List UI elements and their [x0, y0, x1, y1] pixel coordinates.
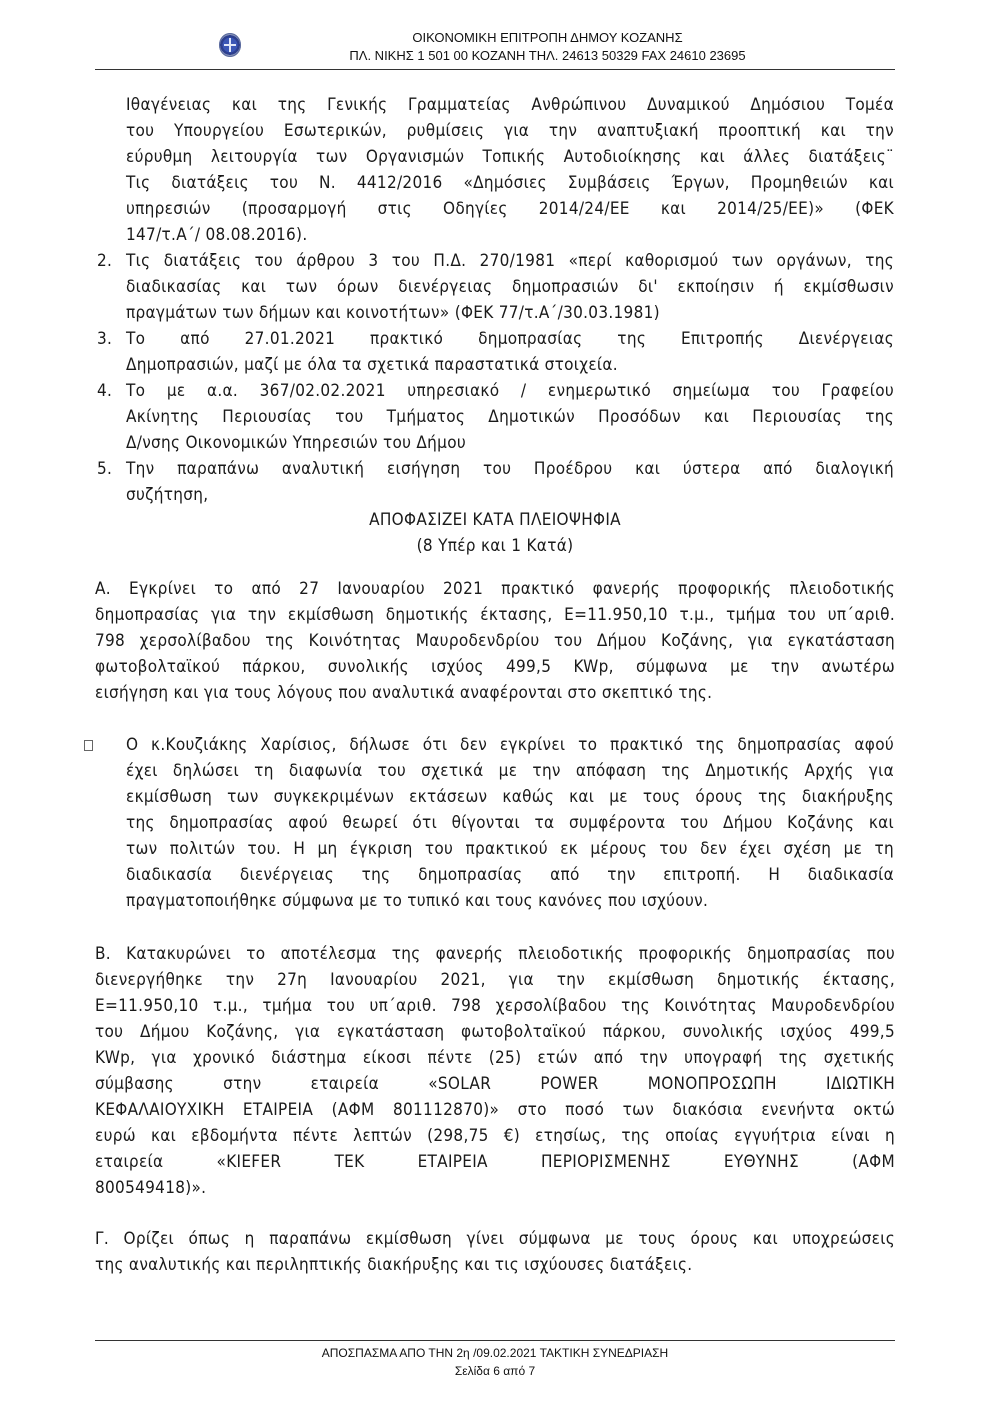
- paragraph-a-line: δημοπρασίας για την εκμίσθωση δημοτικής …: [95, 602, 895, 628]
- intro-line: υπηρεσιών (προσαρμογή στις Οδηγίες 2014/…: [126, 196, 894, 222]
- vote-count: (8 Υπέρ και 1 Κατά): [95, 533, 895, 559]
- dissent-line: εκμίσθωση των συγκεκριμένων εκτάσεων καθ…: [126, 784, 894, 810]
- dissent-line: διαδικασία διενέργειας της δημοπρασίας α…: [126, 862, 894, 888]
- paragraph-b-line: Β. Κατακυρώνει το αποτέλεσμα της φανερής…: [95, 941, 895, 967]
- decision-title: ΑΠΟΦΑΣΙΖΕΙ ΚΑΤΑ ΠΛΕΙΟΨΗΦΙΑ: [95, 507, 895, 533]
- footer-divider: [95, 1340, 895, 1341]
- list-item-line: Το με α.α. 367/02.02.2021 υπηρεσιακό / ε…: [126, 378, 894, 404]
- dissent-line: Ο κ.Κουζιάκης Χαρίσιος, δήλωσε ότι δεν ε…: [126, 732, 894, 758]
- paragraph-b-line: Ε=11.950,10 τ.μ., τμήμα του υπ΄αριθ. 798…: [95, 993, 895, 1019]
- paragraph-a-line: 798 χερσολίβαδου της Κοινότητας Μαυροδεν…: [95, 628, 895, 654]
- intro-line: εύρυθμη λειτουργία των Οργανισμών Τοπική…: [126, 144, 894, 170]
- letterhead-title: ΟΙΚΟΝΟΜΙΚΗ ΕΠΙΤΡΟΠΗ ΔΗΜΟΥ ΚΟΖΑΝΗΣ: [95, 30, 895, 45]
- paragraph-b-line: του Δήμου Κοζάνης, για εγκατάσταση φωτοβ…: [95, 1019, 895, 1045]
- list-item-line: Δημοπρασιών, μαζί με όλα τα σχετικά παρα…: [126, 352, 894, 378]
- paragraph-b-line: KWp, για χρονικό διάστημα είκοσι πέντε (…: [95, 1045, 895, 1071]
- paragraph-b-line: 800549418)».: [95, 1175, 895, 1201]
- intro-line: Τις διατάξεις του Ν. 4412/2016 «Δημόσιες…: [126, 170, 894, 196]
- intro-line: 147/τ.Α΄/ 08.08.2016).: [126, 222, 894, 248]
- list-item-line: Τις διατάξεις του άρθρου 3 του Π.Δ. 270/…: [126, 248, 894, 274]
- list-item-line: συζήτηση,: [126, 482, 894, 508]
- list-number: 3.: [97, 326, 125, 352]
- page-number: Σελίδα 6 από 7: [95, 1364, 895, 1378]
- list-item-line: Ακίνητης Περιουσίας του Τμήματος Δημοτικ…: [126, 404, 894, 430]
- list-item-line: Το από 27.01.2021 πρακτικό δημοπρασίας τ…: [126, 326, 894, 352]
- dissent-line: πραγματοποιήθηκε σύμφωνα με το τυπικό κα…: [126, 888, 894, 914]
- paragraph-b-line: σύμβασης στην εταιρεία «SOLAR POWER ΜΟΝΟ…: [95, 1071, 895, 1097]
- list-item-line: Την παραπάνω αναλυτική εισήγηση του Προέ…: [126, 456, 894, 482]
- list-number: 2.: [97, 248, 125, 274]
- letterhead-address: ΠΛ. ΝΙΚΗΣ 1 501 00 ΚΟΖΑΝΗ ΤΗΛ. 24613 503…: [95, 48, 895, 63]
- list-item-line: Δ/νσης Οικονομικών Υπηρεσιών του Δήμου: [126, 430, 894, 456]
- paragraph-a-line: εισήγηση και για τους λόγους που αναλυτι…: [95, 680, 895, 706]
- empty-box-bullet-icon: [84, 740, 93, 751]
- paragraph-g-line: Γ. Ορίζει όπως η παραπάνω εκμίσθωση γίνε…: [95, 1226, 895, 1252]
- paragraph-b-line: εταιρεία «KIEFER ΤΕΚ ΕΤΑΙΡΕΙΑ ΠΕΡΙΟΡΙΣΜΕ…: [95, 1149, 895, 1175]
- list-number: 4.: [97, 378, 125, 404]
- list-item-line: πραγμάτων των δήμων και κοινοτήτων» (ΦΕΚ…: [126, 300, 894, 326]
- footer-title: ΑΠΟΣΠΑΣΜΑ ΑΠΟ ΤΗΝ 2η /09.02.2021 ΤΑΚΤΙΚΗ…: [95, 1346, 895, 1360]
- dissent-line: των πολιτών του. Η μη έγκριση του πρακτι…: [126, 836, 894, 862]
- paragraph-b-line: ΚΕΦΑΛΑΙΟΥΧΙΚΗ ΕΤΑΙΡΕΙΑ (ΑΦΜ 801112870)» …: [95, 1097, 895, 1123]
- document-page: ΟΙΚΟΝΟΜΙΚΗ ΕΠΙΤΡΟΠΗ ΔΗΜΟΥ ΚΟΖΑΝΗΣ ΠΛ. ΝΙ…: [0, 0, 1000, 1415]
- intro-line: Ιθαγένειας και της Γενικής Γραμματείας Α…: [126, 92, 894, 118]
- list-number: 5.: [97, 456, 125, 482]
- header-divider: [95, 69, 895, 70]
- paragraph-g-line: της αναλυτικής και περιληπτικής διακήρυξ…: [95, 1252, 895, 1278]
- paragraph-a-line: Α. Εγκρίνει το από 27 Ιανουαρίου 2021 πρ…: [95, 576, 895, 602]
- dissent-line: έχει δηλώσει τη διαφωνία του σχετικά με …: [126, 758, 894, 784]
- intro-line: του Υπουργείου Εσωτερικών, ρυθμίσεις για…: [126, 118, 894, 144]
- paragraph-a-line: φωτοβολταϊκού πάρκου, συνολικής ισχύος 4…: [95, 654, 895, 680]
- paragraph-b-line: ευρώ και εβδομήντα πέντε λεπτών (298,75 …: [95, 1123, 895, 1149]
- paragraph-b-line: διενεργήθηκε την 27η Ιανουαρίου 2021, γι…: [95, 967, 895, 993]
- letterhead: ΟΙΚΟΝΟΜΙΚΗ ΕΠΙΤΡΟΠΗ ΔΗΜΟΥ ΚΟΖΑΝΗΣ ΠΛ. ΝΙ…: [95, 30, 895, 72]
- list-item-line: διαδικασίας και των όρων διενέργειας δημ…: [126, 274, 894, 300]
- dissent-line: της δημοπρασίας αφού θεωρεί ότι θίγονται…: [126, 810, 894, 836]
